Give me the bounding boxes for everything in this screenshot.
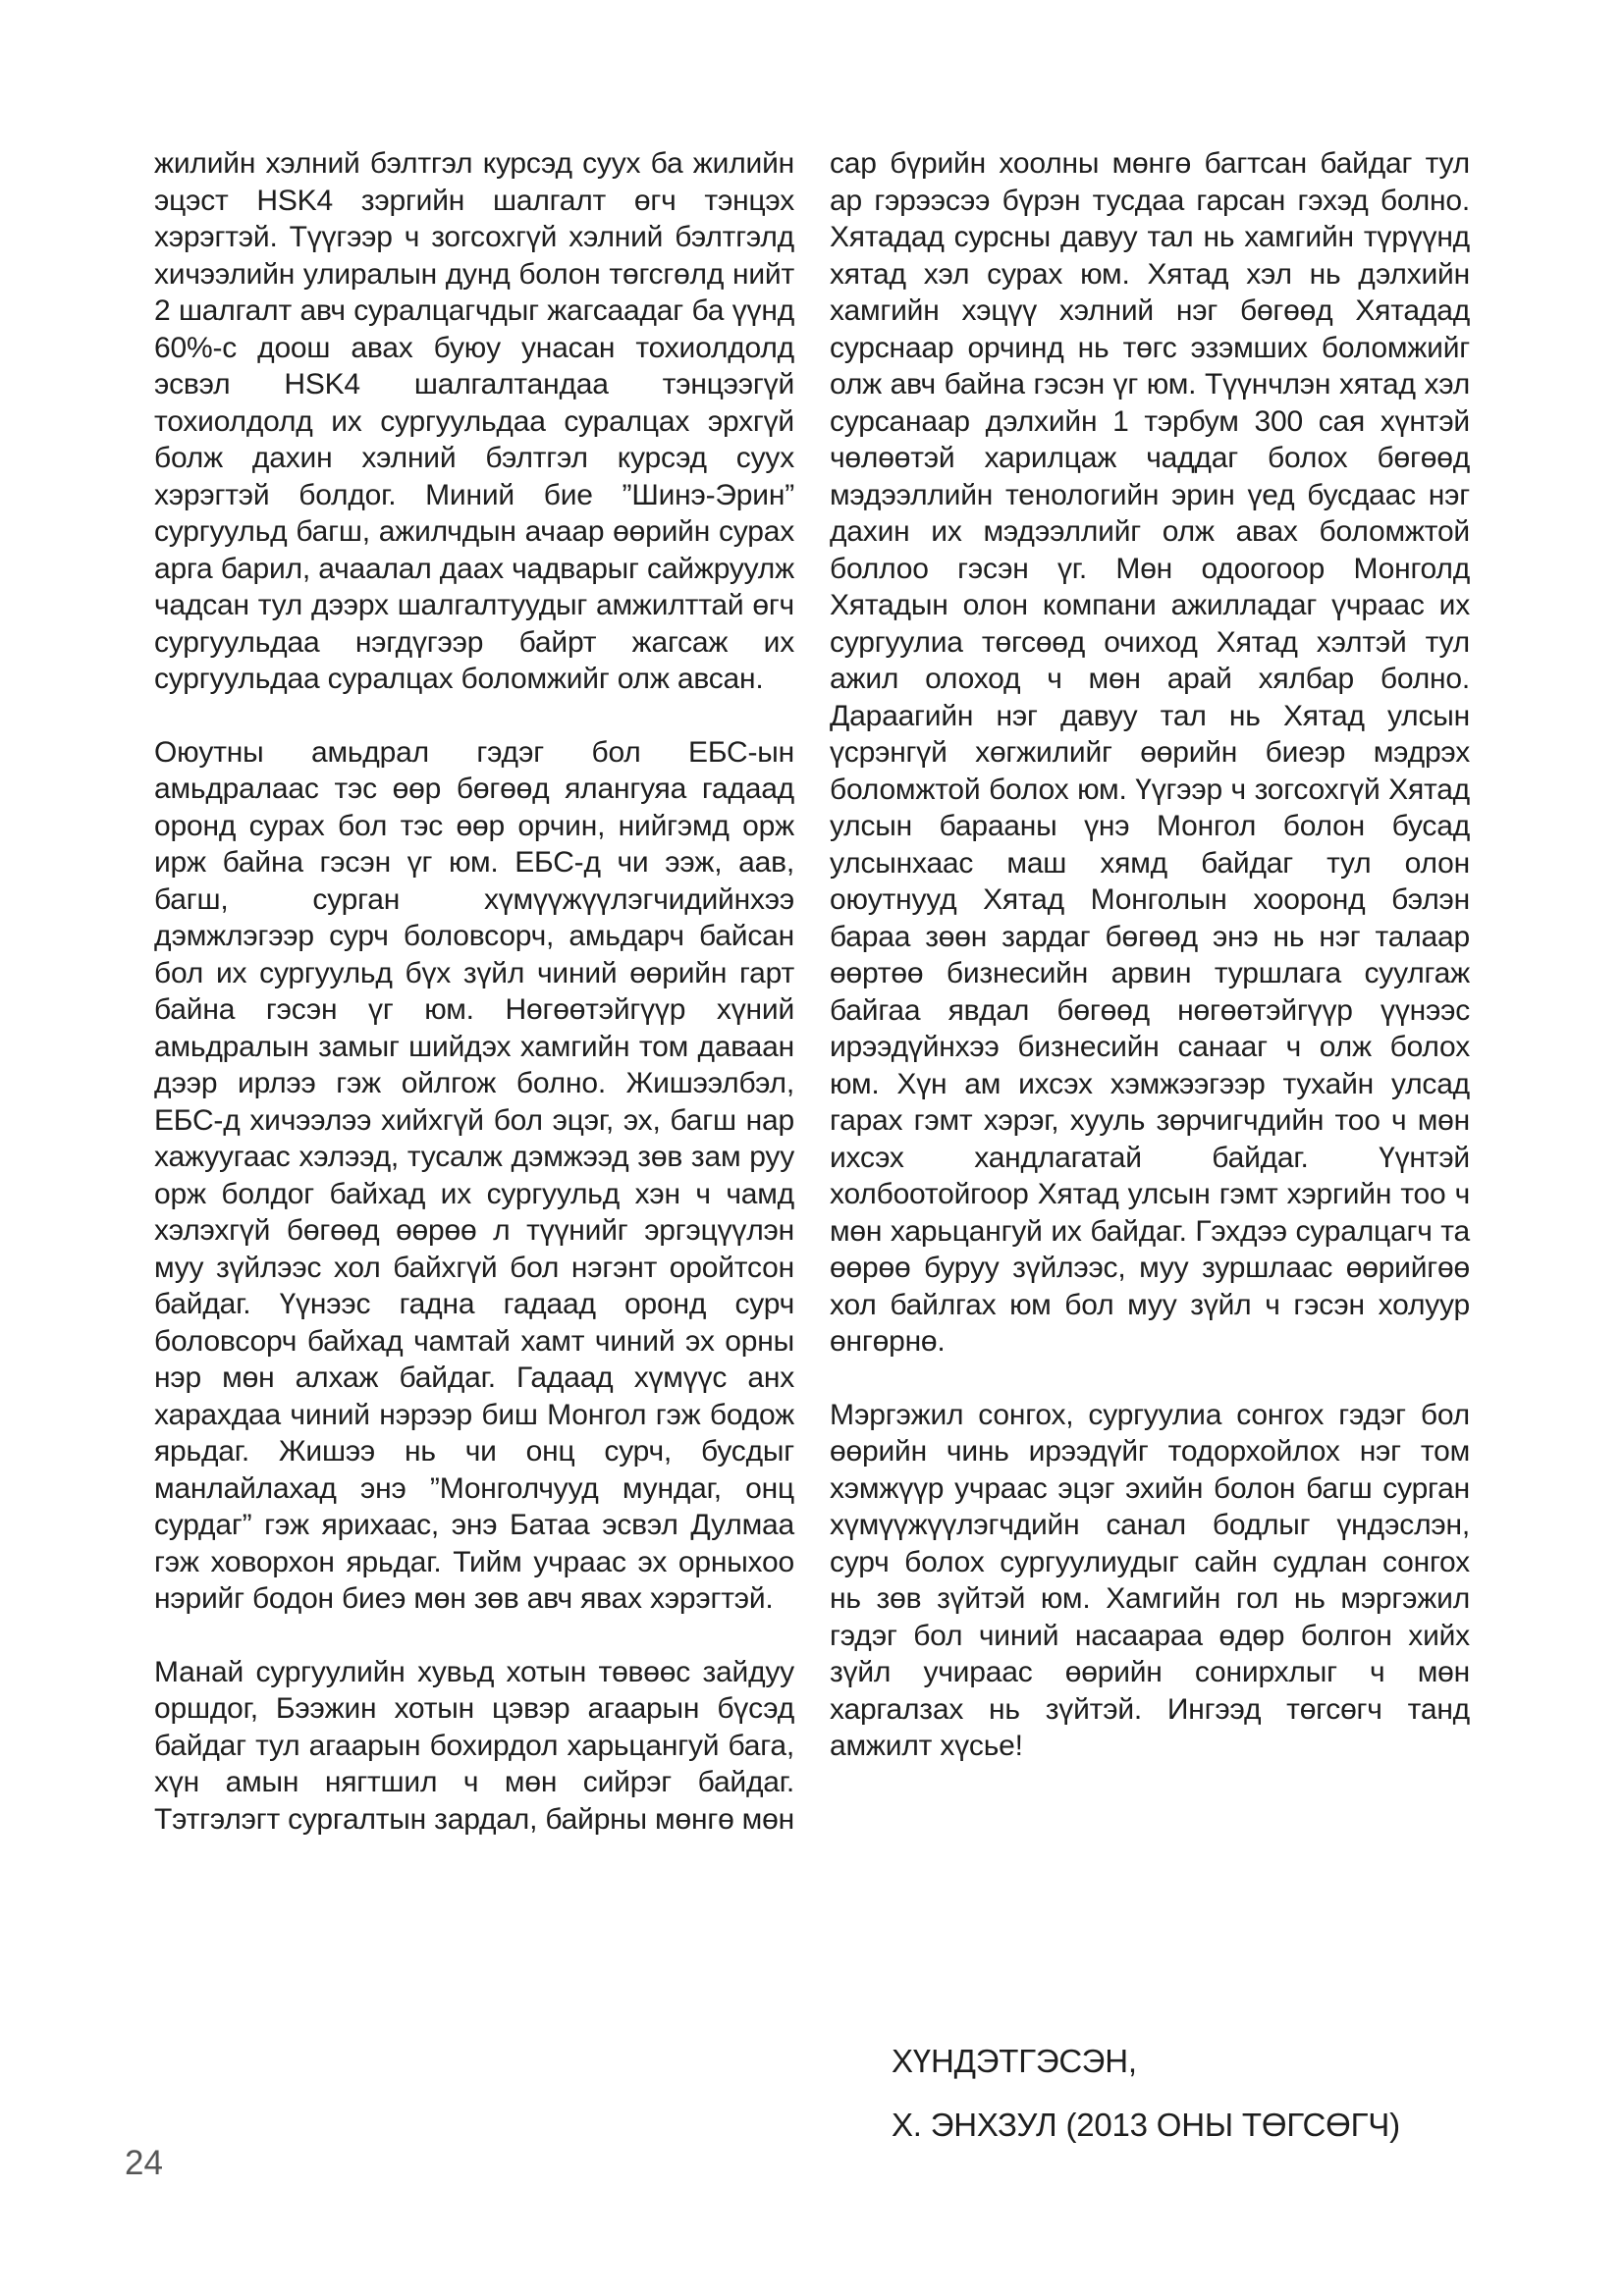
paragraph: Мэргэжил сонгох, сургуулиа сонгох гэдэг … (830, 1397, 1470, 1765)
page-number: 24 (125, 2144, 163, 2183)
paragraph: Манай сургуулийн хувьд хотын төвөөс зайд… (154, 1654, 794, 1839)
paragraph: жилийн хэлний бэлтгэл курсэд суух ба жил… (154, 145, 794, 698)
paragraph: Оюутны амьдрал гэдэг бол ЕБС-ын амьдрала… (154, 734, 794, 1618)
right-column: сар бүрийн хоолны мөнгө багтсан байдаг т… (830, 145, 1470, 1765)
signature-author: Х. ЭНХЗУЛ (2013 ОНЫ ТӨГСӨГЧ) (892, 2106, 1400, 2145)
signature-block: ХҮНДЭТГЭСЭН, Х. ЭНХЗУЛ (2013 ОНЫ ТӨГСӨГЧ… (892, 2042, 1400, 2145)
paragraph: сар бүрийн хоолны мөнгө багтсан байдаг т… (830, 145, 1470, 1361)
left-column: жилийн хэлний бэлтгэл курсэд суух ба жил… (154, 145, 794, 1838)
document-page: жилийн хэлний бэлтгэл курсэд суух ба жил… (0, 0, 1624, 2296)
signature-closing: ХҮНДЭТГЭСЭН, (892, 2042, 1400, 2081)
